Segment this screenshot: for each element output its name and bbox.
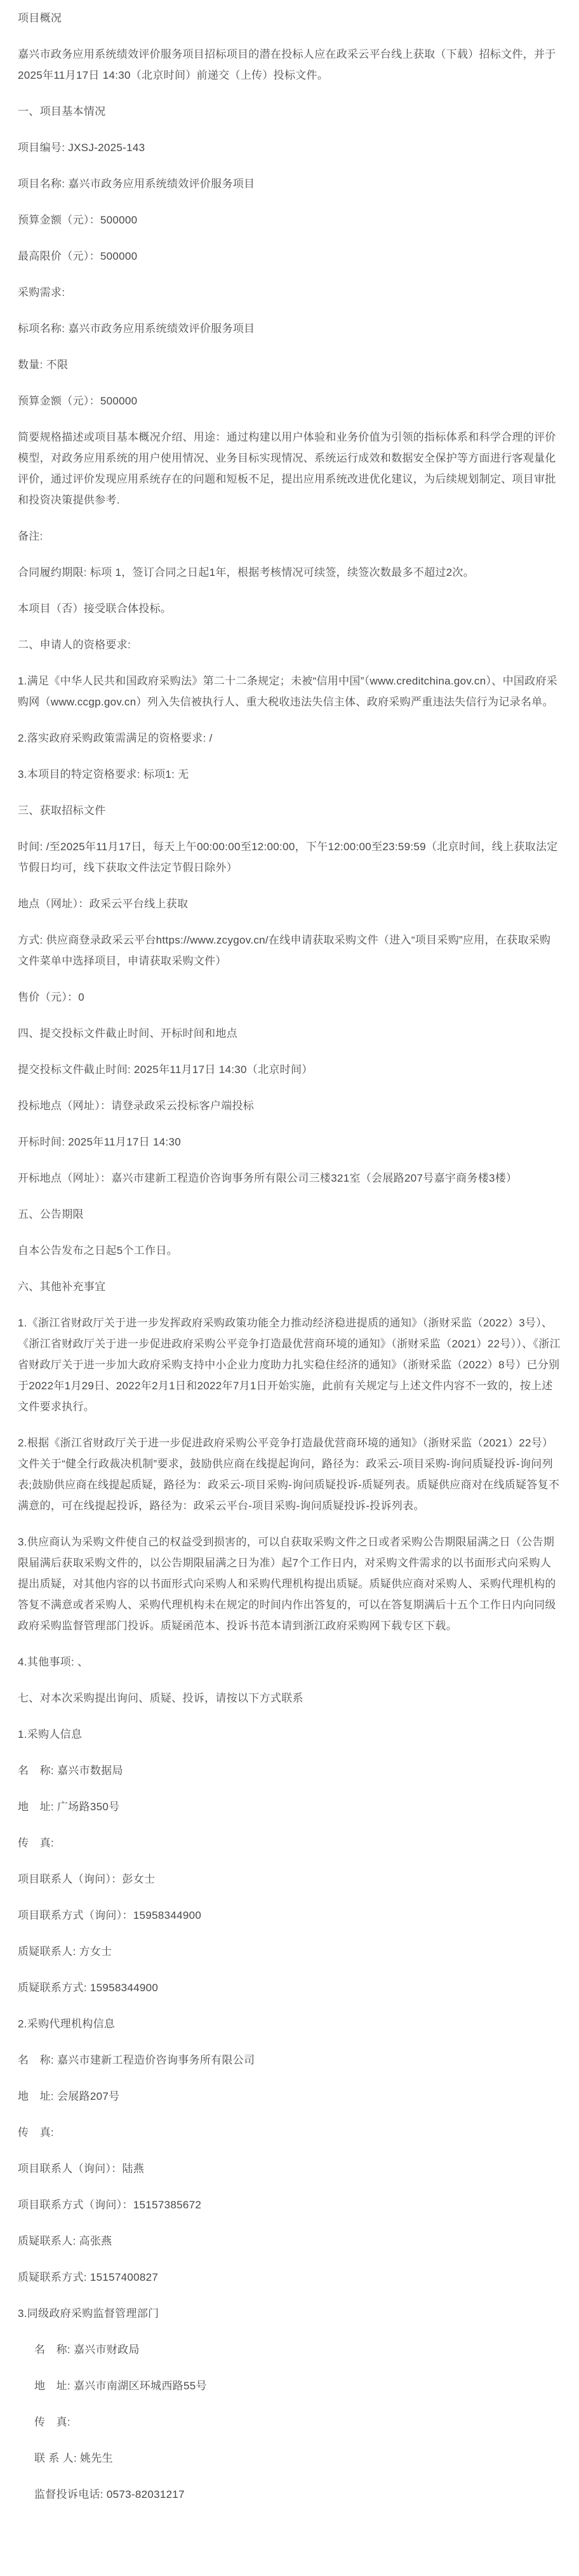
document-paragraph: 项目编号: JXSJ-2025-143: [18, 137, 561, 158]
document-paragraph: 3.同级政府采购监督管理部门: [18, 2303, 561, 2324]
document-paragraph: 传 真:: [18, 1832, 561, 1853]
document-paragraph: 项目联系人（询问）：彭女士: [18, 1869, 561, 1890]
document-paragraph: 质疑联系方式: 15958344900: [18, 1977, 561, 1998]
document-paragraph: 传 真:: [18, 2412, 561, 2433]
document-body: 嘉兴市政务应用系统绩效评价服务项目招标项目的潜在投标人应在政采云平台线上获取（下…: [18, 44, 561, 2505]
document-paragraph: 预算金额（元）：500000: [18, 390, 561, 411]
document-paragraph: 自本公告发布之日起5个工作日。: [18, 1240, 561, 1261]
document-paragraph: 4.其他事项: 、: [18, 1652, 561, 1672]
document-paragraph: 项目联系方式（询问）：15157385672: [18, 2194, 561, 2215]
document-paragraph: 项目联系人（询问）：陆燕: [18, 2158, 561, 2179]
document-paragraph: 四、提交投标文件截止时间、开标时间和地点: [18, 1023, 561, 1044]
document-paragraph: 提交投标文件截止时间: 2025年11月17日 14:30（北京时间）: [18, 1059, 561, 1080]
document-paragraph: 开标地点（网址）：嘉兴市建新工程造价咨询事务所有限公司三楼321室（会展路207…: [18, 1168, 561, 1189]
document-paragraph: 质疑联系方式: 15157400827: [18, 2267, 561, 2288]
document-paragraph: 时间: /至2025年11月17日，每天上午00:00:00至12:00:00，…: [18, 836, 561, 878]
document-paragraph: 联 系 人: 姚先生: [18, 2448, 561, 2469]
document-paragraph: 名 称: 嘉兴市建新工程造价咨询事务所有限公司: [18, 2050, 561, 2071]
document-paragraph: 1.《浙江省财政厅关于进一步发挥政府采购政策功能全力推动经济稳进提质的通知》（浙…: [18, 1312, 561, 1417]
document-paragraph: 地 址: 广场路350号: [18, 1796, 561, 1817]
document-paragraph: 2.采购代理机构信息: [18, 2013, 561, 2034]
document-paragraph: 三、获取招标文件: [18, 800, 561, 821]
document-paragraph: 预算金额（元）：500000: [18, 210, 561, 230]
document-paragraph: 合同履约期限: 标项 1，签订合同之日起1年，根据考核情况可续签，续签次数最多不…: [18, 562, 561, 583]
document-paragraph: 采购需求:: [18, 282, 561, 303]
document-paragraph: 质疑联系人: 高张燕: [18, 2231, 561, 2252]
page-title: 项目概况: [18, 8, 561, 29]
document-paragraph: 六、其他补充事宜: [18, 1276, 561, 1297]
document-paragraph: 最高限价（元）：500000: [18, 246, 561, 267]
document-paragraph: 一、项目基本情况: [18, 101, 561, 122]
document-paragraph: 1.采购人信息: [18, 1724, 561, 1745]
document-paragraph: 二、申请人的资格要求:: [18, 634, 561, 655]
document-paragraph: 方式: 供应商登录政采云平台https://www.zcygov.cn/在线申请…: [18, 930, 561, 971]
document-paragraph: 开标时间: 2025年11月17日 14:30: [18, 1131, 561, 1152]
document-paragraph: 地点（网址）：政采云平台线上获取: [18, 893, 561, 914]
document-paragraph: 项目联系方式（询问）：15958344900: [18, 1905, 561, 1926]
document-paragraph: 嘉兴市政务应用系统绩效评价服务项目招标项目的潜在投标人应在政采云平台线上获取（下…: [18, 44, 561, 86]
document-paragraph: 监督投诉电话: 0573-82031217: [18, 2484, 561, 2505]
announcement-document: 项目概况 嘉兴市政务应用系统绩效评价服务项目招标项目的潜在投标人应在政采云平台线…: [0, 0, 579, 2546]
document-paragraph: 3.本项目的特定资格要求: 标项1: 无: [18, 764, 561, 785]
document-paragraph: 售价（元）：0: [18, 987, 561, 1008]
document-paragraph: 地 址: 会展路207号: [18, 2086, 561, 2107]
document-paragraph: 数量: 不限: [18, 354, 561, 375]
document-paragraph: 名 称: 嘉兴市数据局: [18, 1760, 561, 1781]
document-paragraph: 七、对本次采购提出询问、质疑、投诉，请按以下方式联系: [18, 1688, 561, 1709]
document-paragraph: 名 称: 嘉兴市财政局: [18, 2339, 561, 2360]
document-paragraph: 2.根据《浙江省财政厅关于进一步促进政府采购公平竞争打造最优营商环境的通知》（浙…: [18, 1432, 561, 1516]
document-paragraph: 地 址: 嘉兴市南湖区环城西路55号: [18, 2375, 561, 2396]
document-paragraph: 质疑联系人: 方女士: [18, 1941, 561, 1962]
document-paragraph: 本项目（否）接受联合体投标。: [18, 598, 561, 619]
document-paragraph: 五、公告期限: [18, 1204, 561, 1225]
document-paragraph: 传 真:: [18, 2122, 561, 2143]
document-paragraph: 备注:: [18, 526, 561, 547]
document-paragraph: 2.落实政府采购政策需满足的资格要求: /: [18, 728, 561, 749]
document-paragraph: 投标地点（网址）：请登录政采云投标客户端投标: [18, 1095, 561, 1116]
document-paragraph: 简要规格描述或项目基本概况介绍、用途：通过构建以用户体验和业务价值为引领的指标体…: [18, 427, 561, 511]
document-paragraph: 3.供应商认为采购文件使自己的权益受到损害的，可以自获取采购文件之日或者采购公告…: [18, 1532, 561, 1636]
document-paragraph: 标项名称: 嘉兴市政务应用系统绩效评价服务项目: [18, 318, 561, 339]
document-paragraph: 项目名称: 嘉兴市政务应用系统绩效评价服务项目: [18, 173, 561, 194]
document-paragraph: 1.满足《中华人民共和国政府采购法》第二十二条规定；未被“信用中国”（www.c…: [18, 671, 561, 712]
